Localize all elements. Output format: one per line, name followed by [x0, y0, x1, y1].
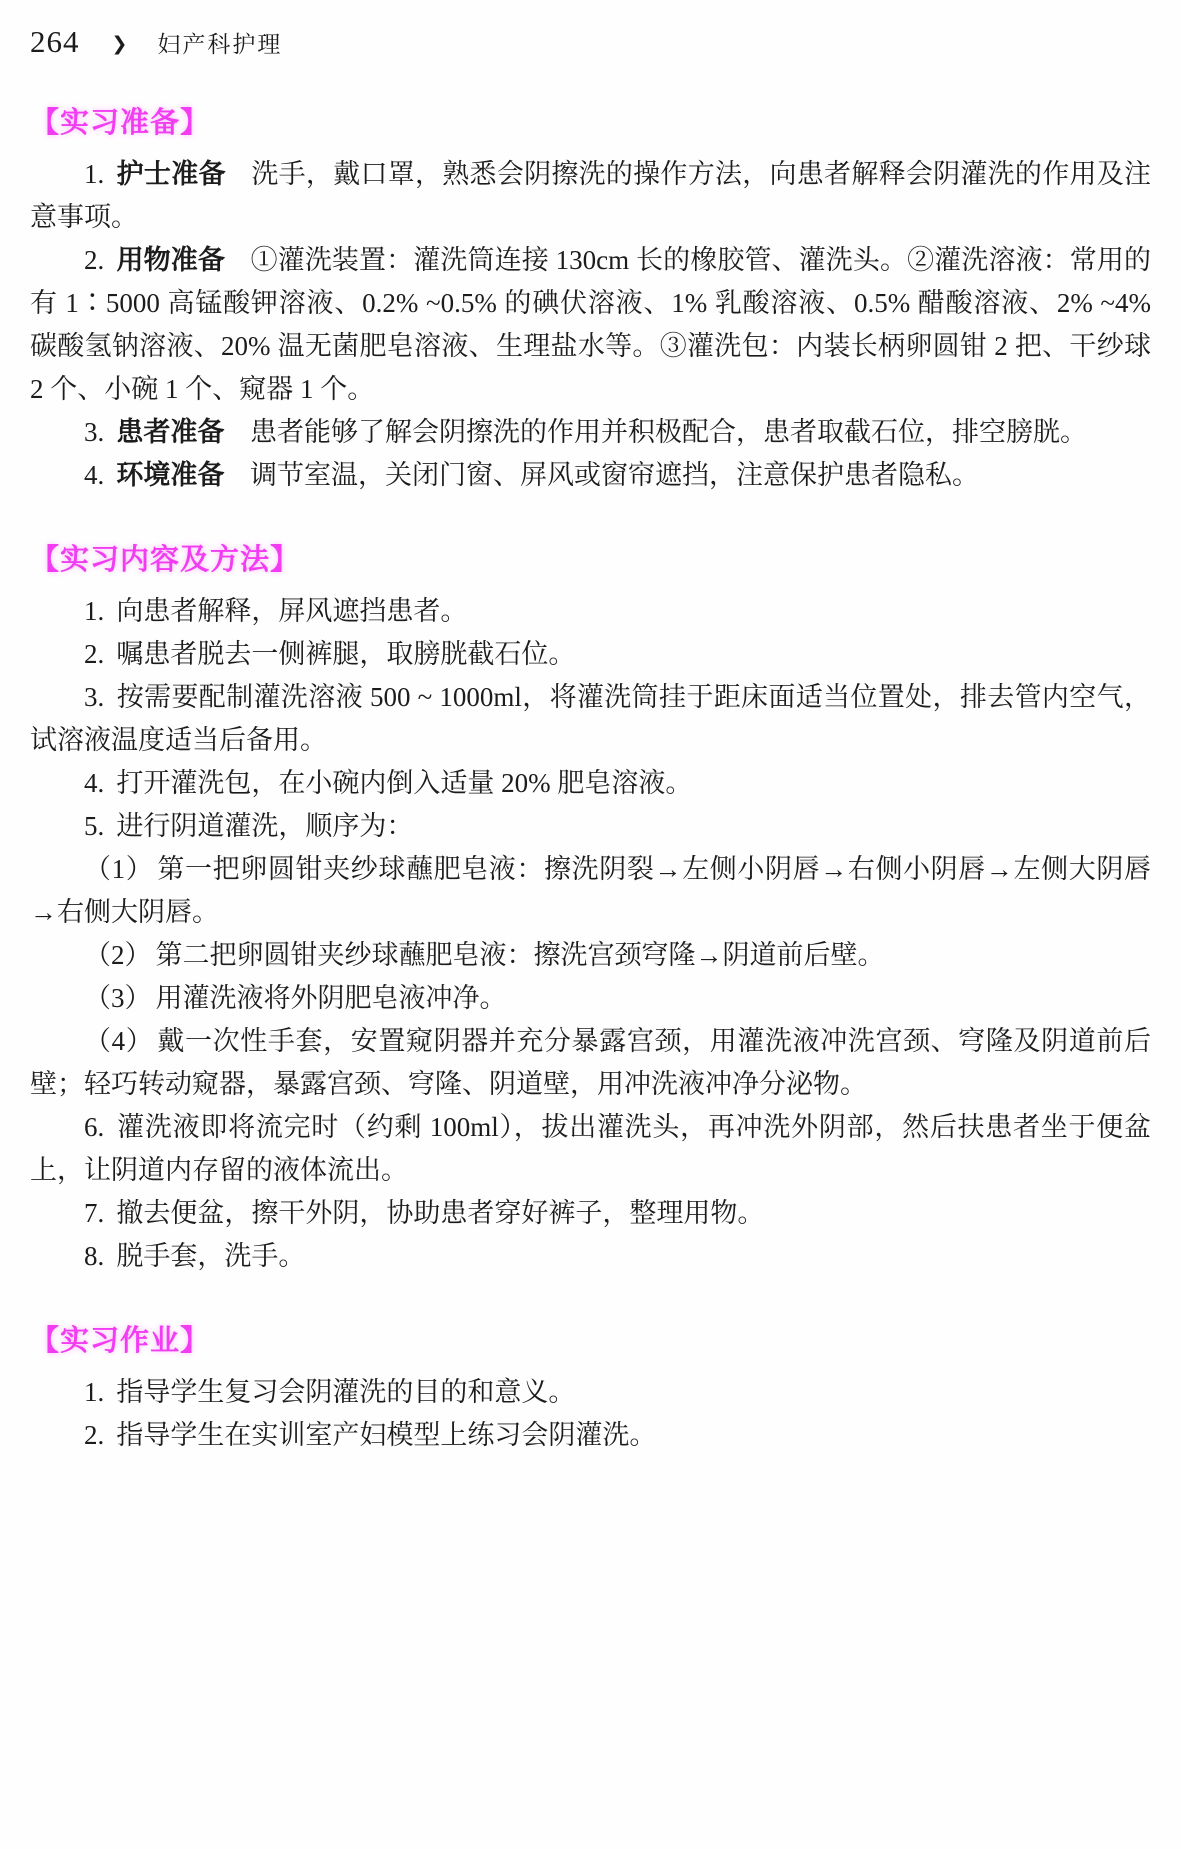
item-number: 7. [84, 1198, 104, 1228]
item-number: 5. [84, 811, 104, 841]
item-number: 2. [84, 639, 104, 669]
item-text: 脱手套，洗手。 [116, 1241, 305, 1271]
item-text: 第一把卵圆钳夹纱球蘸肥皂液：擦洗阴裂→左侧小阴唇→右侧小阴唇→左侧大阴唇→右侧大… [30, 854, 1151, 927]
list-item: 2.指导学生在实训室产妇模型上练习会阴灌洗。 [30, 1414, 1151, 1457]
item-text: 第二把卵圆钳夹纱球蘸肥皂液：擦洗宫颈穹隆→阴道前后壁。 [156, 940, 885, 970]
item-text: 指导学生在实训室产妇模型上练习会阴灌洗。 [116, 1420, 656, 1450]
list-item: 5.进行阴道灌洗，顺序为： [30, 805, 1151, 848]
item-number: 4. [84, 768, 104, 798]
list-item: （4）戴一次性手套，安置窥阴器并充分暴露宫颈，用灌洗液冲洗宫颈、穹隆及阴道前后壁… [30, 1020, 1151, 1106]
item-number: 4. [84, 460, 104, 490]
textbook-page: 264 ❯ 妇产科护理 【实习准备】 1.护士准备洗手，戴口罩，熟悉会阴擦洗的操… [0, 0, 1181, 1849]
list-item: 2.用物准备①灌洗装置：灌洗筒连接 130cm 长的橡胶管、灌洗头。②灌洗溶液：… [30, 239, 1151, 411]
item-number: （1） [84, 854, 153, 884]
list-item: 2.嘱患者脱去一侧裤腿，取膀胱截石位。 [30, 633, 1151, 676]
item-text: 打开灌洗包，在小碗内倒入适量 20% 肥皂溶液。 [116, 768, 692, 798]
section-heading: 【实习内容及方法】 [30, 537, 1151, 578]
list-item: 3.按需要配制灌洗溶液 500 ~ 1000ml，将灌洗筒挂于距床面适当位置处，… [30, 676, 1151, 762]
list-item: 1.向患者解释，屏风遮挡患者。 [30, 590, 1151, 633]
item-number: 3. [84, 417, 104, 447]
item-text: 调节室温，关闭门窗、屏风或窗帘遮挡，注意保护患者隐私。 [250, 460, 979, 490]
item-number: 2. [84, 245, 104, 275]
item-number: 1. [84, 159, 104, 189]
section-practice-prep: 【实习准备】 1.护士准备洗手，戴口罩，熟悉会阴擦洗的操作方法，向患者解释会阴灌… [30, 100, 1151, 497]
list-item: 8.脱手套，洗手。 [30, 1235, 1151, 1278]
list-item: （2）第二把卵圆钳夹纱球蘸肥皂液：擦洗宫颈穹隆→阴道前后壁。 [30, 934, 1151, 977]
item-label: 用物准备 [116, 245, 225, 275]
list-item: （3）用灌洗液将外阴肥皂液冲净。 [30, 977, 1151, 1020]
item-text: 撤去便盆，擦干外阴，协助患者穿好裤子，整理用物。 [116, 1198, 764, 1228]
item-number: 1. [84, 1377, 104, 1407]
item-text: 按需要配制灌洗溶液 500 ~ 1000ml，将灌洗筒挂于距床面适当位置处，排去… [30, 682, 1151, 755]
book-title: 妇产科护理 [157, 26, 282, 59]
item-number: 2. [84, 1420, 104, 1450]
list-item: 4.环境准备调节室温，关闭门窗、屏风或窗帘遮挡，注意保护患者隐私。 [30, 454, 1151, 497]
list-item: 4.打开灌洗包，在小碗内倒入适量 20% 肥皂溶液。 [30, 762, 1151, 805]
section-heading: 【实习准备】 [30, 100, 1151, 141]
item-text: 戴一次性手套，安置窥阴器并充分暴露宫颈，用灌洗液冲洗宫颈、穹隆及阴道前后壁；轻巧… [30, 1026, 1151, 1099]
item-number: 3. [84, 682, 104, 712]
item-label: 环境准备 [116, 460, 224, 490]
item-text: 指导学生复习会阴灌洗的目的和意义。 [116, 1377, 575, 1407]
item-number: 8. [84, 1241, 104, 1271]
list-item: 1.护士准备洗手，戴口罩，熟悉会阴擦洗的操作方法，向患者解释会阴灌洗的作用及注意… [30, 153, 1151, 239]
item-text: 嘱患者脱去一侧裤腿，取膀胱截石位。 [116, 639, 575, 669]
item-text: 患者能够了解会阴擦洗的作用并积极配合，患者取截石位，排空膀胱。 [250, 417, 1087, 447]
item-label: 护士准备 [116, 159, 225, 189]
item-number: （2） [84, 940, 152, 970]
item-label: 患者准备 [116, 417, 224, 447]
section-practice-homework: 【实习作业】 1.指导学生复习会阴灌洗的目的和意义。 2.指导学生在实训室产妇模… [30, 1318, 1151, 1457]
item-text: 向患者解释，屏风遮挡患者。 [116, 596, 467, 626]
item-text: 进行阴道灌洗，顺序为： [116, 811, 413, 841]
list-item: 3.患者准备患者能够了解会阴擦洗的作用并积极配合，患者取截石位，排空膀胱。 [30, 411, 1151, 454]
section-practice-content: 【实习内容及方法】 1.向患者解释，屏风遮挡患者。 2.嘱患者脱去一侧裤腿，取膀… [30, 537, 1151, 1278]
list-item: 7.撤去便盆，擦干外阴，协助患者穿好裤子，整理用物。 [30, 1192, 1151, 1235]
item-number: （3） [84, 983, 152, 1013]
item-number: （4） [84, 1026, 153, 1056]
list-item: 1.指导学生复习会阴灌洗的目的和意义。 [30, 1371, 1151, 1414]
item-number: 1. [84, 596, 104, 626]
section-heading: 【实习作业】 [30, 1318, 1151, 1359]
page-header: 264 ❯ 妇产科护理 [30, 24, 1151, 60]
item-text: 灌洗液即将流完时（约剩 100ml），拔出灌洗头，再冲洗外阴部，然后扶患者坐于便… [30, 1112, 1151, 1185]
item-number: 6. [84, 1112, 104, 1142]
list-item: 6.灌洗液即将流完时（约剩 100ml），拔出灌洗头，再冲洗外阴部，然后扶患者坐… [30, 1106, 1151, 1192]
list-item: （1）第一把卵圆钳夹纱球蘸肥皂液：擦洗阴裂→左侧小阴唇→右侧小阴唇→左侧大阴唇→… [30, 848, 1151, 934]
item-text: 用灌洗液将外阴肥皂液冲净。 [156, 983, 507, 1013]
page-number: 264 [30, 24, 80, 60]
chevron-right-icon: ❯ [112, 33, 128, 55]
